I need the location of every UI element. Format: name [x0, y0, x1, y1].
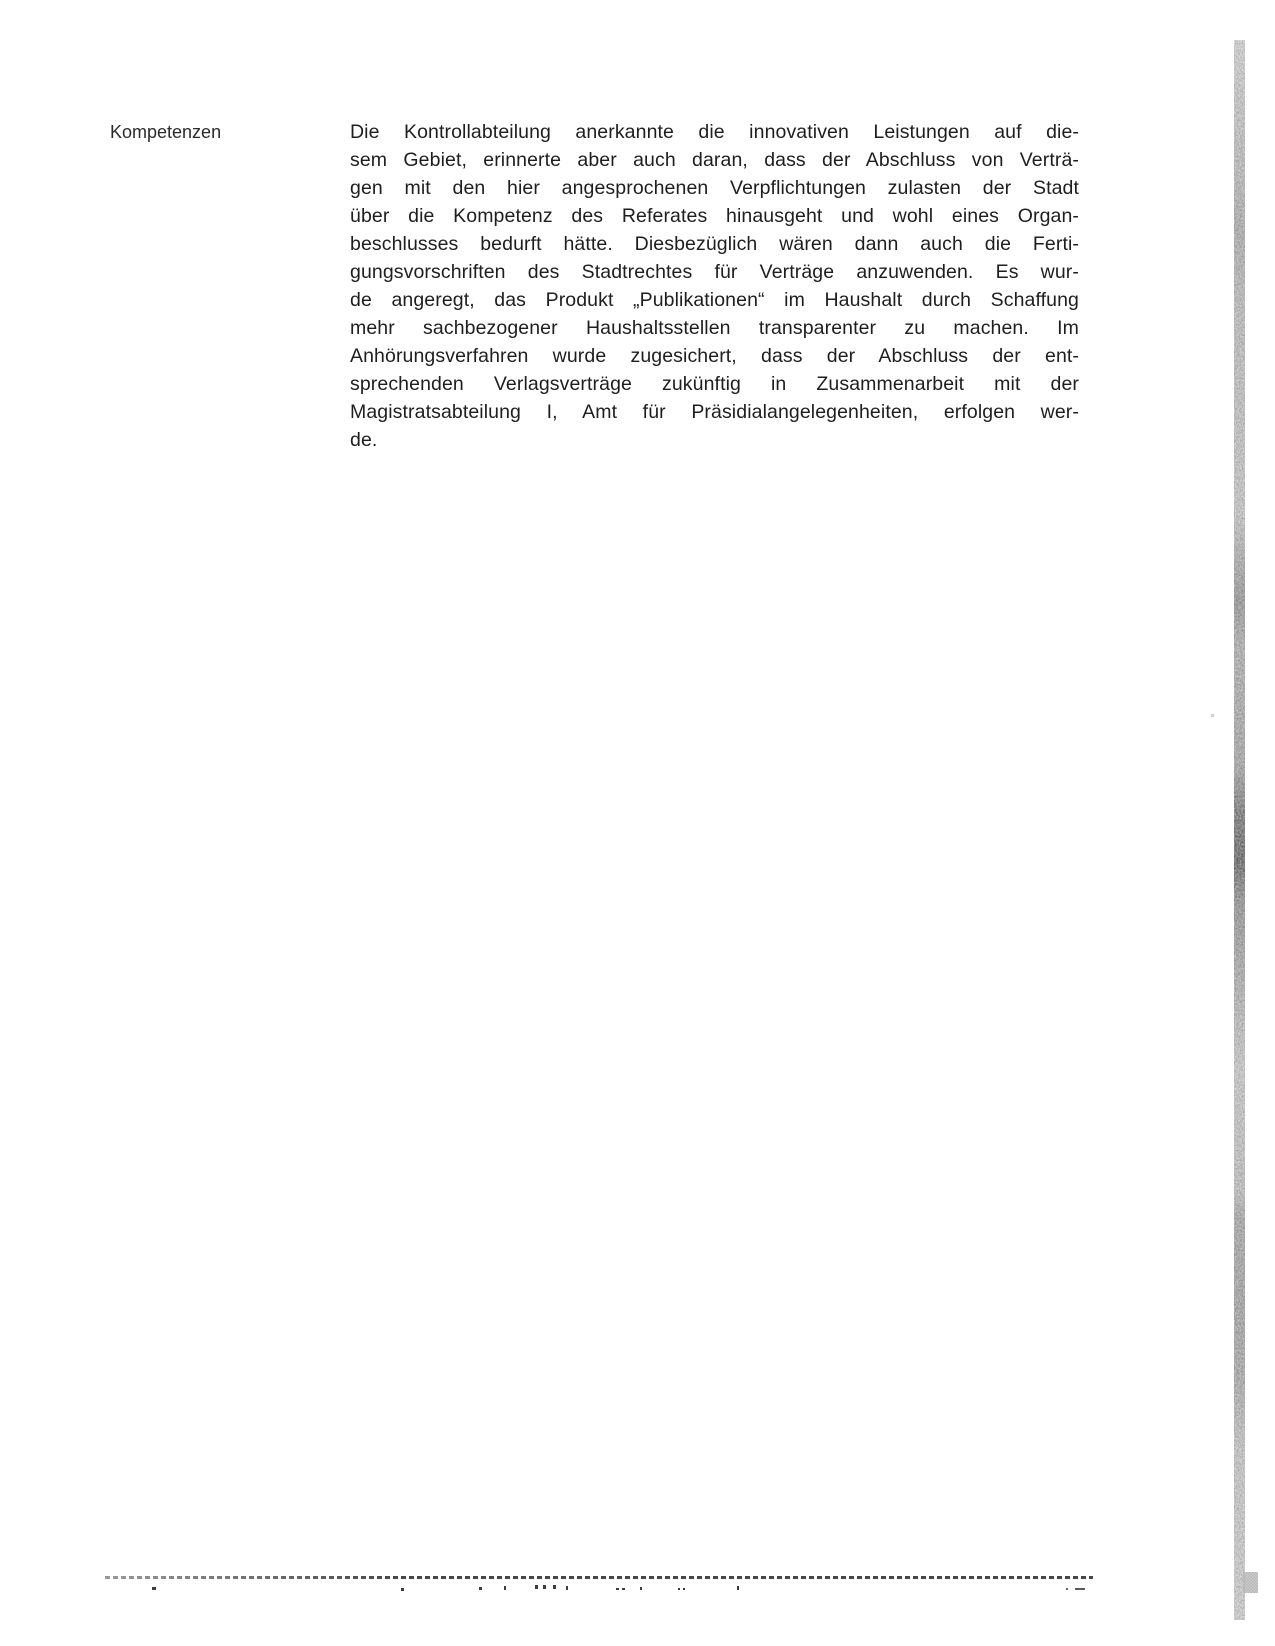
- paragraph-line: über die Kompetenz des Referates hinausg…: [350, 202, 1079, 230]
- paragraph-line: beschlusses bedurft hätte. Diesbezüglich…: [350, 230, 1079, 258]
- paragraph-line: gungsvorschriften des Stadtrechtes für V…: [350, 258, 1079, 286]
- paragraph-line: Die Kontrollabteilung anerkannte die inn…: [350, 118, 1079, 146]
- paragraph-line: Magistratsabteilung I, Amt für Präsidial…: [350, 398, 1079, 426]
- scan-artifact-blob: [1243, 1572, 1258, 1593]
- scan-artifact-strip: [1234, 40, 1245, 1620]
- body-paragraph: Die Kontrollabteilung anerkannte die inn…: [350, 118, 1079, 454]
- paragraph-line: mehr sachbezogener Haushaltsstellen tran…: [350, 314, 1079, 342]
- paragraph-line: sem Gebiet, erinnerte aber auch daran, d…: [350, 146, 1079, 174]
- footer-dashed-separator: [105, 1576, 1093, 1579]
- paragraph-line: gen mit den hier angesprochenen Verpflic…: [350, 174, 1079, 202]
- paper-speck: [1211, 714, 1214, 717]
- paragraph-line: sprechenden Verlagsverträge zukünftig in…: [350, 370, 1079, 398]
- paragraph-line: de.: [350, 426, 1079, 454]
- paragraph-line: Anhörungsverfahren wurde zugesichert, da…: [350, 342, 1079, 370]
- margin-label: Kompetenzen: [110, 121, 221, 143]
- document-page: Kompetenzen Die Kontrollabteilung anerka…: [0, 0, 1275, 1646]
- paragraph-line: de angeregt, das Produkt „Publikationen“…: [350, 286, 1079, 314]
